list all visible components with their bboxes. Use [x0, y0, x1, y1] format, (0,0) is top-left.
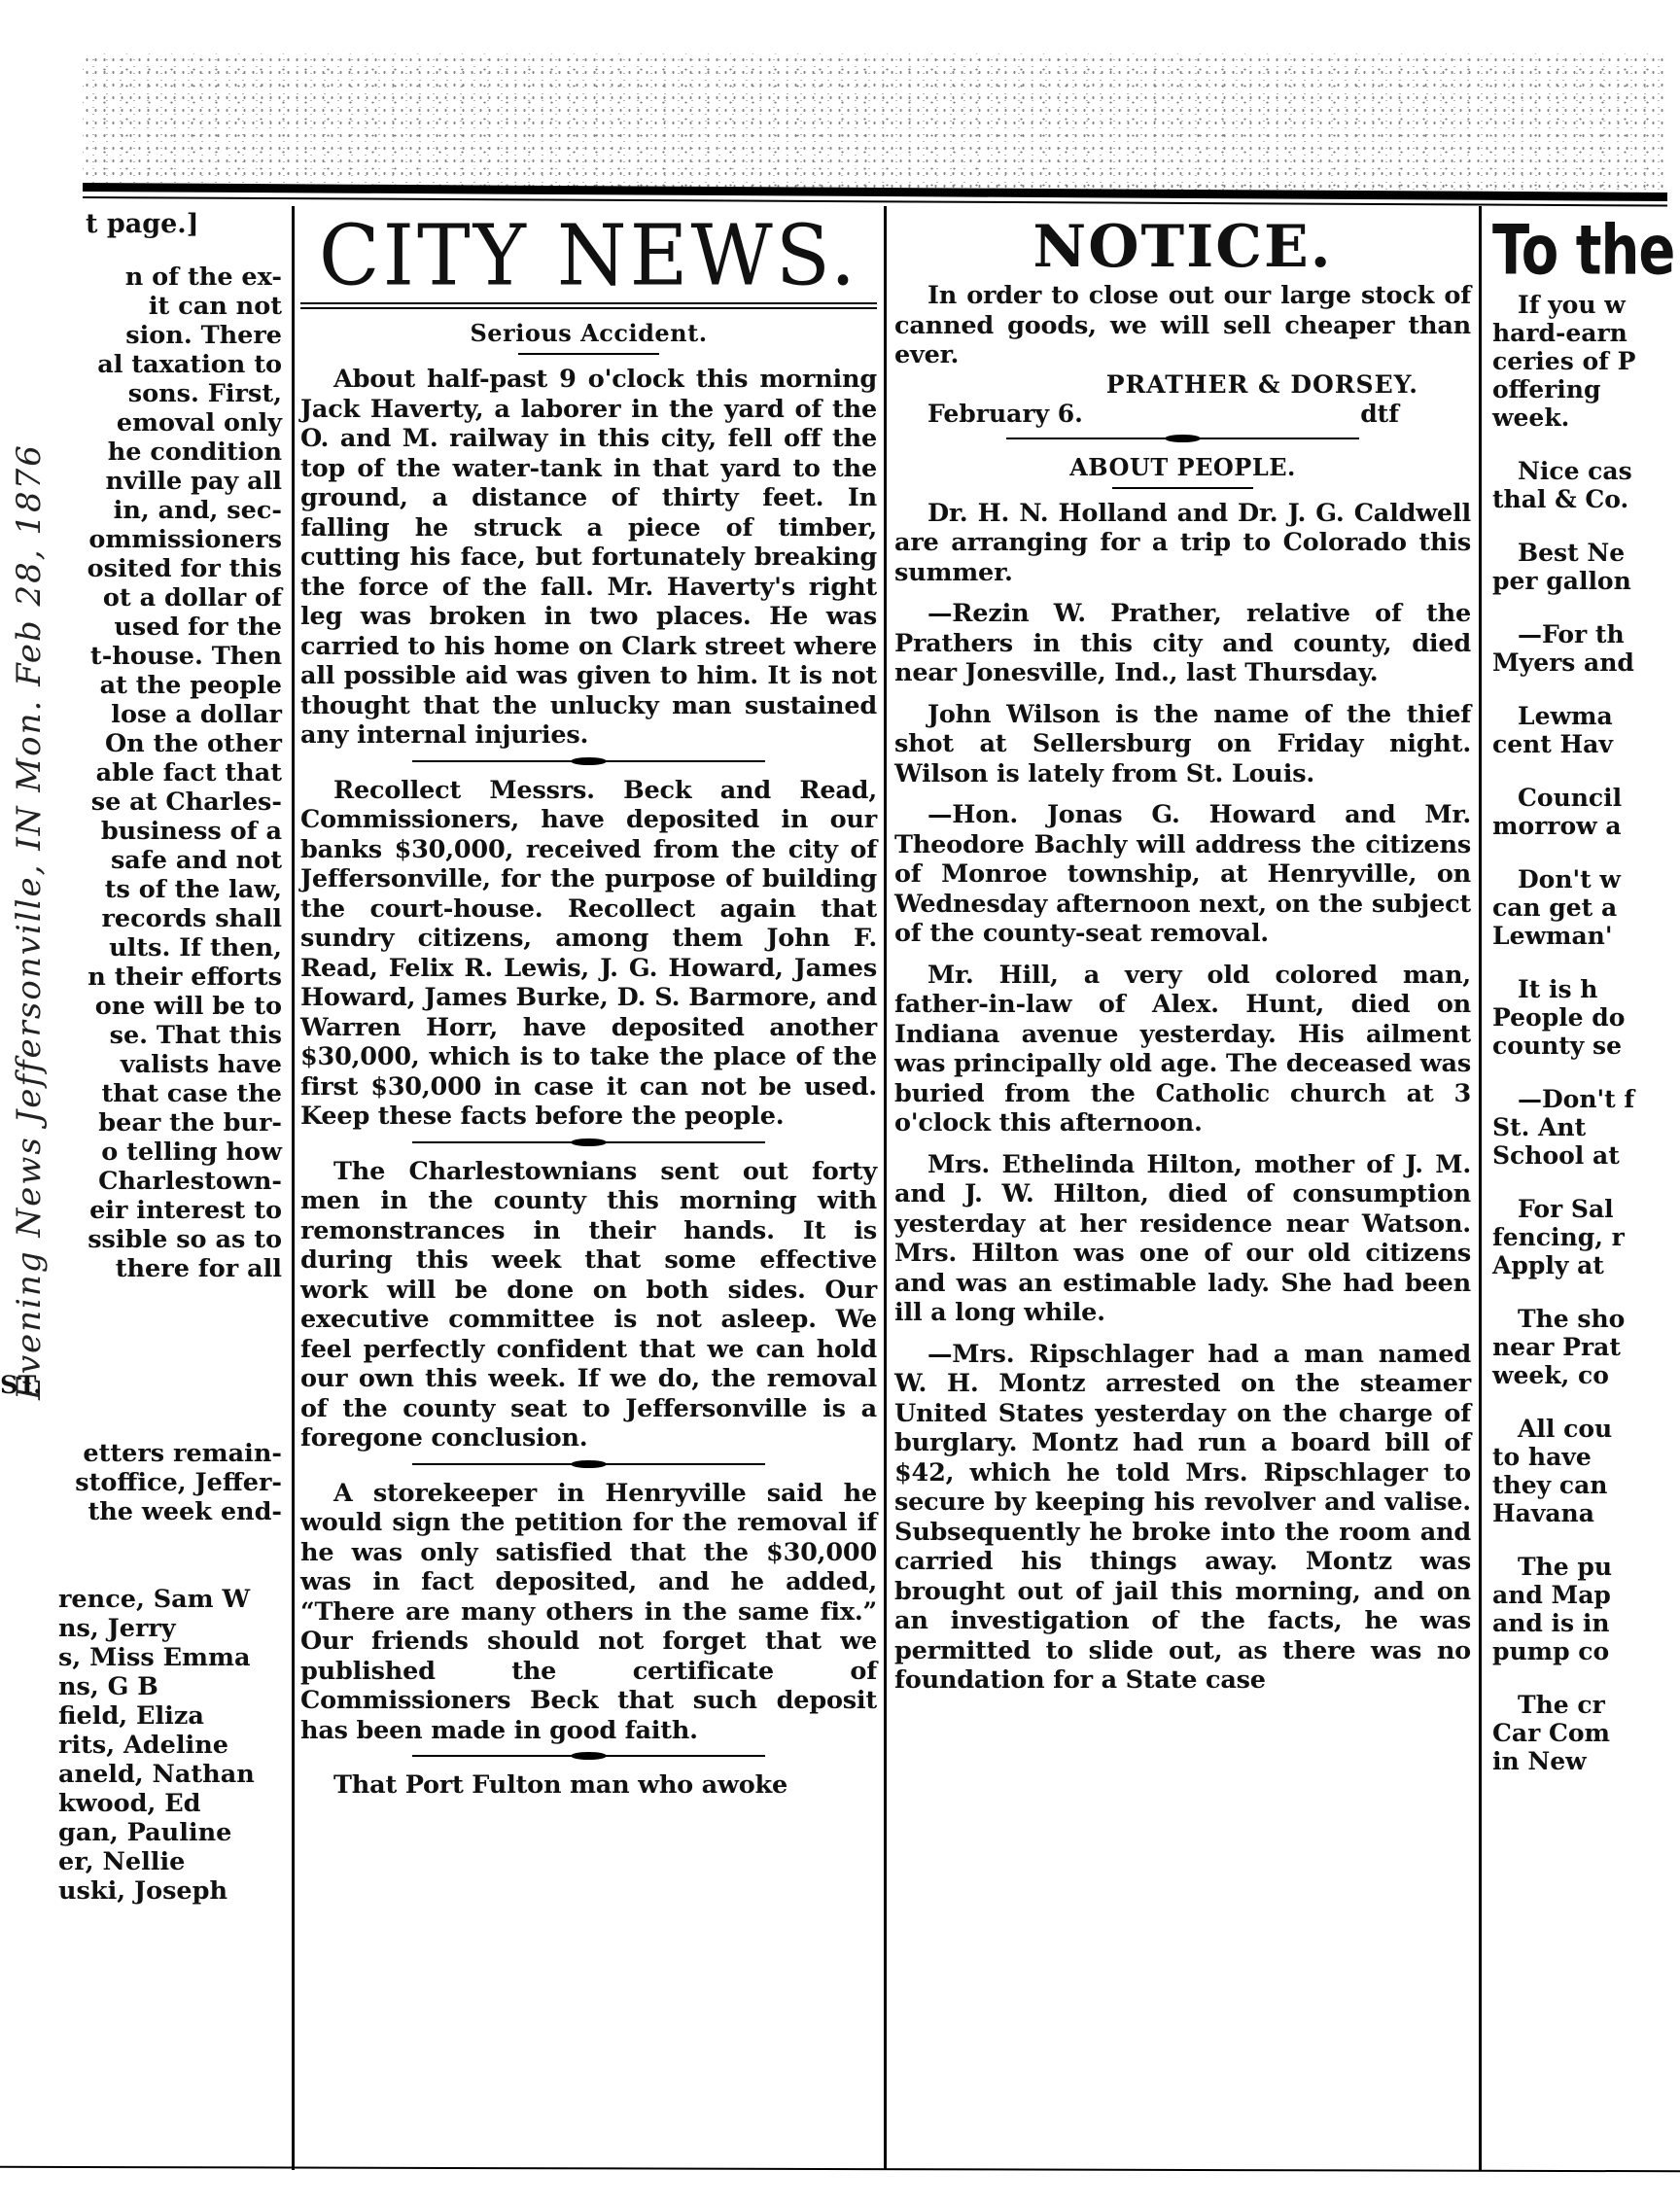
left-column-line: n their efforts	[0, 963, 282, 992]
far-right-line: and Map	[1485, 1581, 1680, 1609]
far-right-line: week.	[1485, 403, 1680, 432]
notice-column: NOTICE. In order to close out our large …	[889, 209, 1477, 2163]
far-right-line: hard-earn	[1485, 319, 1680, 347]
letter-list-name: gan, Pauline	[0, 1818, 282, 1847]
article-charlestownians: The Charlestownians sent out forty men i…	[295, 1157, 883, 1453]
continued-from-label: t page.]	[0, 209, 290, 239]
far-right-line: week, co	[1485, 1361, 1680, 1389]
heading-rule	[1112, 487, 1253, 489]
spacer	[1485, 1389, 1680, 1415]
far-right-line: ceries of P	[1485, 347, 1680, 375]
print-noise-band	[83, 53, 1667, 190]
left-column-line: eir interest to	[0, 1196, 282, 1225]
column-divider	[1479, 206, 1482, 2170]
left-column-line: osited for this	[0, 554, 282, 583]
left-column-line: records shall	[0, 904, 282, 933]
spacer	[1485, 1279, 1680, 1305]
left-column-line: the week end-	[0, 1497, 282, 1526]
letter-list-name: ns, Jerry	[0, 1614, 282, 1643]
left-column-line: in, and, sec-	[0, 496, 282, 525]
left-column-line: t-house. Then	[0, 642, 282, 671]
far-right-line: The cr	[1485, 1691, 1680, 1719]
left-column-line: ot a dollar of	[0, 583, 282, 613]
far-right-line: county se	[1485, 1032, 1680, 1060]
letter-list-name: rence, Sam W	[0, 1585, 282, 1614]
section-separator	[1006, 438, 1359, 439]
left-column-line: se at Charles-	[0, 788, 282, 817]
column-divider	[884, 206, 887, 2170]
spacer	[0, 1526, 282, 1585]
far-right-line: Car Com	[1485, 1719, 1680, 1747]
about-item: Mrs. Ethelinda Hilton, mother of J. M. a…	[889, 1150, 1477, 1328]
left-column-line: able fact that	[0, 758, 282, 788]
far-right-line: Havana	[1485, 1499, 1680, 1527]
far-right-line: Myers and	[1485, 648, 1680, 677]
left-section-mark: ST.	[0, 1371, 282, 1400]
left-column-line: On the other	[0, 729, 282, 758]
far-right-line: For Sal	[1485, 1195, 1680, 1223]
left-column: t page.] n of the ex-it can notsion. The…	[0, 209, 290, 2153]
far-right-line: per gallon	[1485, 567, 1680, 595]
far-right-line: The pu	[1485, 1553, 1680, 1581]
far-right-line: St. Ant	[1485, 1113, 1680, 1141]
accident-heading: Serious Accident.	[295, 319, 883, 347]
far-right-column: To the If you whard-earnceries of Poffer…	[1485, 209, 1680, 2163]
left-column-line: emoval only	[0, 408, 282, 438]
spacer	[1485, 513, 1680, 539]
left-column-line: Charlestown-	[0, 1167, 282, 1196]
far-right-line: Lewma	[1485, 702, 1680, 730]
left-column-line: ssible so as to	[0, 1225, 282, 1254]
far-right-line: fencing, r	[1485, 1223, 1680, 1251]
far-right-line: It is h	[1485, 975, 1680, 1003]
far-right-headline: To the	[1485, 209, 1680, 295]
notice-date-line: February 6. dtf	[889, 400, 1477, 428]
left-column-line: business of a	[0, 817, 282, 846]
letter-list-name: kwood, Ed	[0, 1789, 282, 1818]
left-column-line: it can not	[0, 292, 282, 321]
about-item: —Rezin W. Prather, relative of the Prath…	[889, 599, 1477, 688]
left-column-line: nville pay all	[0, 467, 282, 496]
heading-rule	[518, 353, 659, 355]
letter-list-name: aneld, Nathan	[0, 1760, 282, 1789]
article-separator	[412, 760, 765, 762]
far-right-line: People do	[1485, 1003, 1680, 1032]
letter-list-name: er, Nellie	[0, 1847, 282, 1876]
spacer	[1485, 758, 1680, 784]
notice-title: NOTICE.	[889, 215, 1477, 279]
article-separator	[412, 1141, 765, 1143]
article-port-fulton: That Port Fulton man who awoke	[295, 1770, 883, 1801]
left-column-line: n of the ex-	[0, 263, 282, 292]
far-right-line: can get a	[1485, 893, 1680, 922]
about-item: Dr. H. N. Holland and Dr. J. G. Caldwell…	[889, 499, 1477, 588]
far-right-line: All cou	[1485, 1415, 1680, 1443]
far-right-line: near Prat	[1485, 1333, 1680, 1361]
left-column-line: used for the	[0, 613, 282, 642]
notice-date: February 6.	[927, 400, 1083, 428]
letter-list-name: field, Eliza	[0, 1701, 282, 1731]
letter-list-name: rits, Adeline	[0, 1731, 282, 1760]
about-item: John Wilson is the name of the thief sho…	[889, 700, 1477, 789]
left-column-line: there for all	[0, 1254, 282, 1283]
left-column-line: sion. There	[0, 321, 282, 350]
far-right-line: offering	[1485, 375, 1680, 403]
article-accident: About half-past 9 o'clock this morning J…	[295, 365, 883, 751]
notice-code: dtf	[1360, 400, 1399, 428]
left-column-line: safe and not	[0, 846, 282, 875]
spacer	[0, 1400, 282, 1439]
letter-list-name: ns, G B	[0, 1672, 282, 1701]
left-column-line: ts of the law,	[0, 875, 282, 904]
left-column-line: at the people	[0, 671, 282, 700]
far-right-line: Nice cas	[1485, 457, 1680, 485]
left-column-line: one will be to	[0, 992, 282, 1021]
spacer	[1485, 677, 1680, 702]
far-right-line: and is in	[1485, 1609, 1680, 1637]
far-right-line: —Don't f	[1485, 1085, 1680, 1113]
far-right-line: to have	[1485, 1443, 1680, 1471]
far-right-blocks: If you whard-earnceries of Pofferingweek…	[1485, 291, 1680, 1801]
far-right-line: —For th	[1485, 620, 1680, 648]
far-right-line: The sho	[1485, 1305, 1680, 1333]
left-column-line: al taxation to	[0, 350, 282, 379]
spacer	[1485, 1527, 1680, 1553]
left-column-line: he condition	[0, 438, 282, 467]
letter-list-name: uski, Joseph	[0, 1876, 282, 1906]
article-deposits: Recollect Messrs. Beck and Read, Commiss…	[295, 776, 883, 1132]
far-right-line: in New	[1485, 1747, 1680, 1775]
spacer	[1485, 595, 1680, 620]
far-right-line: If you w	[1485, 291, 1680, 319]
letter-list-name: s, Miss Emma	[0, 1643, 282, 1672]
far-right-line: School at	[1485, 1141, 1680, 1170]
left-column-line: se. That this	[0, 1021, 282, 1050]
left-column-line: ults. If then,	[0, 933, 282, 963]
far-right-line: pump co	[1485, 1637, 1680, 1665]
about-item: —Mrs. Ripschlager had a man named W. H. …	[889, 1340, 1477, 1696]
far-right-line: thal & Co.	[1485, 485, 1680, 513]
left-column-line: sons. First,	[0, 379, 282, 408]
left-column-line: lose a dollar	[0, 700, 282, 729]
far-right-line: Best Ne	[1485, 539, 1680, 567]
left-column-line: valists have	[0, 1050, 282, 1079]
about-item: Mr. Hill, a very old colored man, father…	[889, 961, 1477, 1138]
far-right-line: morrow a	[1485, 812, 1680, 840]
article-separator	[412, 1755, 765, 1757]
left-column-line: etters remain-	[0, 1439, 282, 1468]
spacer	[0, 1283, 282, 1371]
left-column-line: bear the bur-	[0, 1108, 282, 1138]
spacer	[1485, 1060, 1680, 1085]
spacer	[1485, 840, 1680, 865]
spacer	[1485, 1170, 1680, 1195]
left-column-lines: n of the ex-it can notsion. Thereal taxa…	[0, 253, 290, 1906]
spacer	[1485, 1775, 1680, 1801]
article-storekeeper: A storekeeper in Henryville said he woul…	[295, 1479, 883, 1746]
about-people-heading: ABOUT PEOPLE.	[889, 453, 1477, 481]
city-news-column: CITY NEWS. Serious Accident. About half-…	[295, 209, 883, 2163]
far-right-line: Lewman'	[1485, 922, 1680, 950]
page-bottom-rule	[0, 2166, 1680, 2173]
far-right-line: Council	[1485, 784, 1680, 812]
left-column-line: ommissioners	[0, 525, 282, 554]
notice-signature: PRATHER & DORSEY.	[889, 370, 1477, 400]
spacer	[1485, 950, 1680, 975]
spacer	[1485, 432, 1680, 457]
left-column-line: stoffice, Jeffer-	[0, 1468, 282, 1497]
far-right-line: Apply at	[1485, 1251, 1680, 1279]
notice-body: In order to close out our large stock of…	[889, 281, 1477, 370]
about-item: —Hon. Jonas G. Howard and Mr. Theodore B…	[889, 800, 1477, 949]
spacer	[1485, 1665, 1680, 1691]
city-news-masthead: CITY NEWS.	[295, 211, 883, 303]
left-column-line: o telling how	[0, 1138, 282, 1167]
left-column-line: that case the	[0, 1079, 282, 1108]
far-right-line: Don't w	[1485, 865, 1680, 893]
article-separator	[412, 1463, 765, 1465]
far-right-line: cent Hav	[1485, 730, 1680, 758]
far-right-line: they can	[1485, 1471, 1680, 1499]
